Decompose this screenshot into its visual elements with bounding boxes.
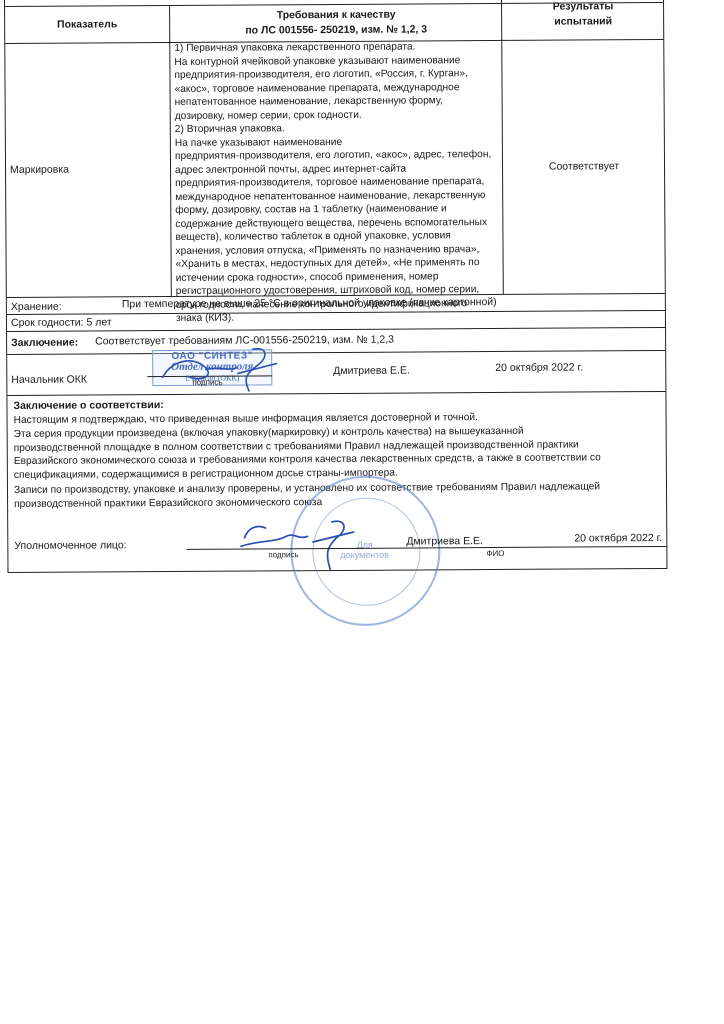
result-cell: Соответствует <box>501 38 666 294</box>
header-requirements-line2: по ЛС 001556- 250219, изм. № 1,2, 3 <box>245 22 427 38</box>
qp-name-caption: ФИО <box>486 549 504 558</box>
requirements-cell: 1) Первичная упаковка лекарственного пре… <box>169 39 503 296</box>
shelf-life-label: Срок годности: 5 лет <box>11 316 112 329</box>
qc-head-row: Начальник ОКК ОАО "СИНТЕЗ" Отдел контрол… <box>7 351 665 396</box>
storage-value: При температуре не выше 25 °С в оригинал… <box>122 296 497 310</box>
header-requirements: Требования к качеству по ЛС 001556- 2502… <box>169 4 502 42</box>
conclusion-label: Заключение: <box>11 337 78 349</box>
qc-head-date: 20 октября 2022 г. <box>495 361 583 374</box>
document-page: Показатель Требования к качеству по ЛС 0… <box>0 0 724 1024</box>
table-row-marking: Маркировка 1) Первичная упаковка лекарст… <box>5 38 665 298</box>
storage-label: Хранение: <box>11 301 62 313</box>
qp-name: Дмитриева Е.Е. <box>406 535 483 547</box>
header-results: Результаты испытаний <box>501 0 664 40</box>
qp-date: 20 октября 2022 г. <box>574 532 662 545</box>
qc-signature-icon <box>157 347 287 398</box>
compliance-paragraph2: Эта серия продукции произведена (включая… <box>14 424 601 482</box>
qualified-person-role: Уполномоченное лицо: <box>14 539 126 552</box>
conclusion-value: Соответствует требованиям ЛС-001556-2502… <box>95 334 394 348</box>
qp-signature-caption: подпись <box>268 550 298 559</box>
qc-head-role: Начальник ОКК <box>11 374 87 386</box>
result-value: Соответствует <box>549 160 619 172</box>
compliance-title: Заключение о соответствии: <box>13 399 163 412</box>
qc-head-name: Дмитриева Е.Е. <box>333 365 410 377</box>
quality-table-frame: Показатель Требования к качеству по ЛС 0… <box>4 0 667 573</box>
indicator-cell: Маркировка <box>5 41 171 297</box>
header-requirements-line1: Требования к качеству <box>277 8 396 24</box>
header-results-line1: Результаты <box>553 0 614 15</box>
header-results-line2: испытаний <box>554 14 612 29</box>
indicator-label: Маркировка <box>10 163 69 175</box>
header-indicator-label: Показатель <box>57 17 117 32</box>
shelf-life-label-text: Срок годности: <box>11 317 84 329</box>
shelf-life-value: 5 лет <box>86 316 111 328</box>
header-indicator: Показатель <box>5 6 169 43</box>
